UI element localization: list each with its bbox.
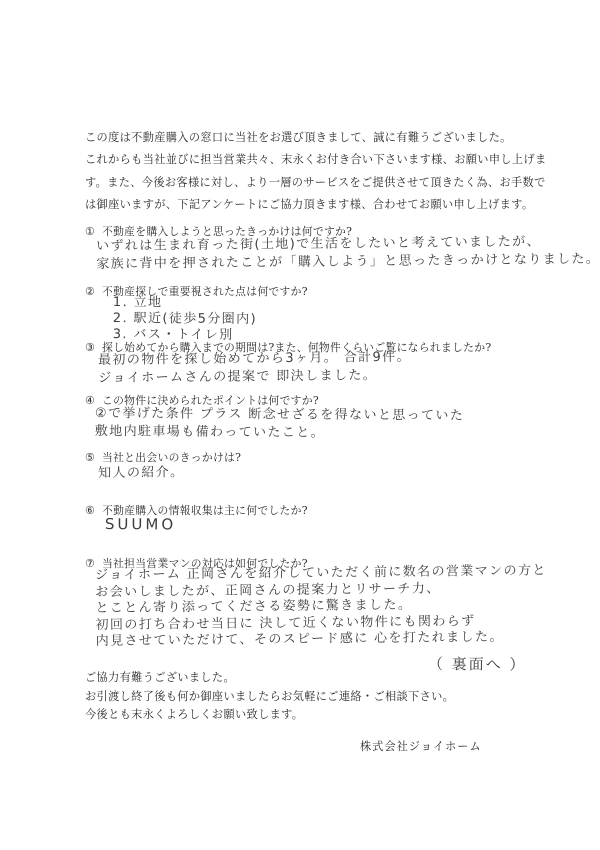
answer-line: SUUMO: [105, 515, 176, 533]
survey-document-page: この度は不動産購入の窓口に当社をお選び頂きまして、誠に有難うございました。 これ…: [0, 0, 600, 850]
question-1-number: ①: [85, 225, 95, 238]
question-7-answer: ジョイホーム 正岡さんを紹介していただく前に数名の営業マンの方と お会いしました…: [95, 563, 548, 651]
question-3-answer: 最初の物件を探し始めてから3ヶ月。 合計9件。 ジョイホームさんの提案で 即決し…: [98, 349, 411, 387]
question-3-number: ③: [85, 341, 95, 354]
question-6-number: ⑥: [85, 504, 95, 517]
footer-line: ご協力有難うございました。: [85, 669, 454, 688]
question-1-answer: いずれは生まれ育った街(土地)で生活をしたいと考えていましたが、 家族に背中を押…: [96, 233, 600, 273]
company-signature: 株式会社ジョイホーム: [360, 738, 482, 754]
question-2-number: ②: [85, 285, 95, 298]
intro-paragraph: この度は不動産購入の窓口に当社をお選び頂きまして、誠に有難うございました。 これ…: [85, 127, 530, 216]
intro-line: この度は不動産購入の窓口に当社をお選び頂きまして、誠に有難うございました。: [85, 127, 530, 149]
answer-line: 知人の紹介。: [98, 461, 185, 481]
footer-line: 今後とも末永くよろしくお願い致します。: [85, 706, 454, 725]
answer-line: ②で挙げた条件 プラス 断念せざるを得ないと思っていた: [95, 405, 464, 425]
question-5-number: ⑤: [85, 451, 95, 464]
question-2-answer: 1. 立地 2. 駅近(徒歩5分圏内) 3. バス・トイレ別: [113, 295, 257, 343]
footer-line: お引渡し終了後も何か御座いましたらお気軽にご連絡・ご相談下さい。: [85, 688, 454, 707]
question-4-answer: ②で挙げた条件 プラス 断念せざるを得ないと思っていた 敷地内駐車場も備わってい…: [95, 405, 465, 443]
answer-line: 1. 立地: [113, 295, 257, 312]
question-6-answer: SUUMO: [105, 515, 176, 533]
footer-note: ご協力有難うございました。 お引渡し終了後も何か御座いましたらお気軽にご連絡・ご…: [85, 669, 454, 725]
answer-line: 内見させていただけて、そのスピード感に 心を打たれました。: [96, 630, 548, 651]
question-4-number: ④: [85, 394, 95, 407]
answer-line: ジョイホームさんの提案で 即決しました。: [98, 366, 411, 387]
question-5-answer: 知人の紹介。: [98, 461, 185, 481]
intro-line: これからも当社並びに担当営業共々、末永くお付き合い下さいます様、お願い申し上げま: [85, 149, 530, 171]
answer-line: 2. 駅近(徒歩5分圏内): [113, 311, 257, 328]
answer-line: 敷地内駐車場も備わっていたこと。: [95, 422, 464, 442]
question-7-number: ⑦: [85, 557, 95, 570]
intro-line: は御座いますが、下記アンケートにご協力頂きます様、合わせてお願い申し上げます。: [85, 194, 530, 216]
intro-line: す。また、今後お客様に対し、より一層のサービスをご提供させて頂きたく為、お手数で: [85, 172, 530, 194]
